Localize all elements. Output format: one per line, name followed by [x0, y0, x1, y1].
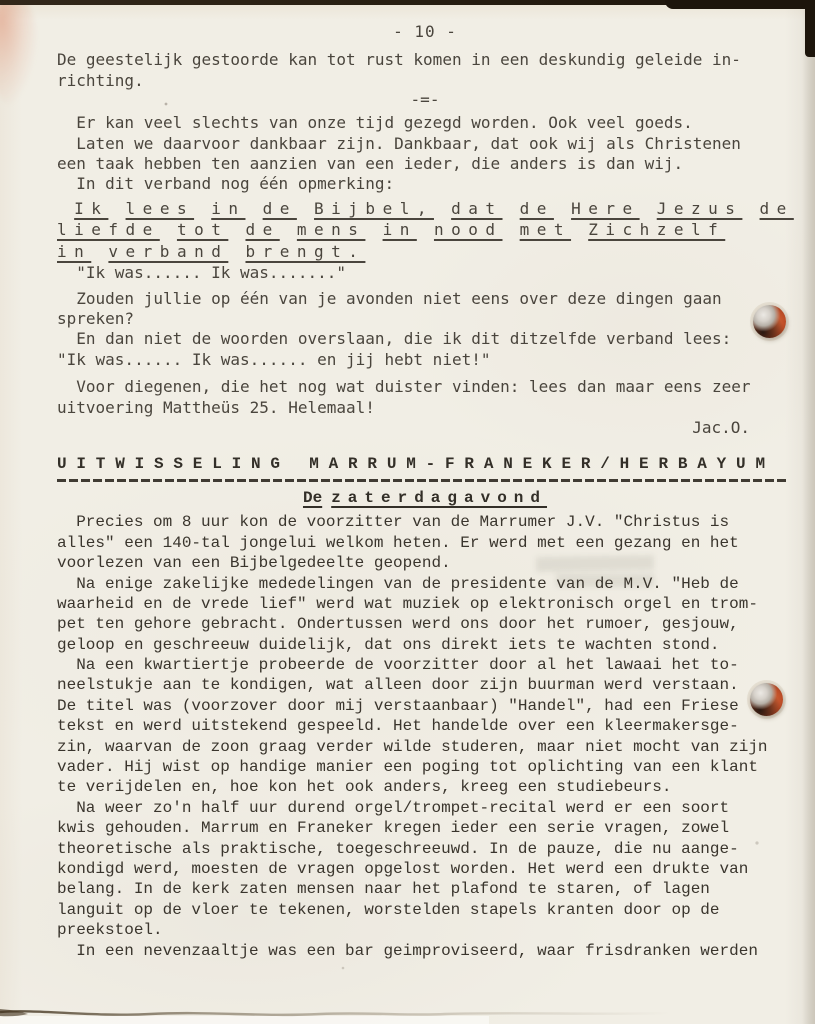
- text-line: voorlezen van een Bijbelgedeelte geopend…: [57, 553, 793, 573]
- paragraph: Precies om 8 uur kon de voorzitter van d…: [57, 512, 793, 961]
- text-line: In een nevenzaaltje was een bar geimprov…: [57, 941, 793, 961]
- text-line: Na enige zakelijke mededelingen van de p…: [57, 574, 793, 594]
- underlined-word: in: [211, 199, 245, 218]
- section-divider: -=-: [57, 91, 793, 109]
- text-line: De titel was (voorzover door mij verstaa…: [57, 696, 793, 716]
- text-line: zin, waarvan de zoon graag verder wilde …: [57, 737, 793, 757]
- paper-speck: [342, 967, 345, 970]
- text-line: kondigd werd, moesten de vragen opgelost…: [57, 859, 793, 879]
- paragraph: "Ik was...... Ik was.......": [57, 263, 793, 283]
- text-line: Voor diegenen, die het nog wat duister v…: [57, 377, 793, 397]
- text-line: Precies om 8 uur kon de voorzitter van d…: [57, 512, 793, 532]
- text-line: Na weer zo'n half uur durend orgel/tromp…: [57, 798, 793, 818]
- text-line: languit op de vloer te tekenen, worsteld…: [57, 900, 793, 920]
- text-line: alles" een 140-tal jongelui welkom heten…: [57, 533, 793, 553]
- text-line: Zouden jullie op één van je avonden niet…: [57, 289, 793, 309]
- underlined-word: Here: [571, 199, 640, 218]
- text-line: "Ik was...... Ik was...... en jij hebt n…: [57, 350, 793, 370]
- underlined-word: nood: [434, 220, 503, 239]
- quote-line: Ik lees in de Bijbel, dat de Here Jezus …: [57, 198, 793, 220]
- crease-line: [0, 1011, 670, 1015]
- text-line: En dan niet de woorden overslaan, die ik…: [57, 329, 793, 349]
- page-number: - 10 -: [57, 22, 793, 42]
- scan-edge-top-right: [665, 0, 815, 9]
- section-heading-block: UITWISSELING MARRUM-FRANEKER/HERBAYUM: [57, 452, 793, 482]
- text-line: waarheid en de vrede lief" werd wat muzi…: [57, 594, 793, 614]
- text-line: pet ten gehore gebracht. Ondertussen wer…: [57, 614, 793, 634]
- quote-line: in verband brengt.: [57, 241, 793, 263]
- underlined-word: Ik: [74, 199, 108, 218]
- underlined-word: in: [57, 242, 91, 261]
- subtitle-word: De: [303, 489, 322, 507]
- text-line: richting.: [57, 71, 793, 91]
- paragraph: Zouden jullie op één van je avonden niet…: [57, 289, 793, 371]
- underlined-word: brengt.: [245, 242, 365, 261]
- text-line: Na een kwartiertje probeerde de voorzitt…: [57, 655, 793, 675]
- text-line: Er kan veel slechts van onze tijd gezegd…: [57, 113, 793, 133]
- text-line: De geestelijk gestoorde kan tot rust kom…: [57, 50, 793, 70]
- text-line: "Ik was...... Ik was.......": [57, 263, 793, 283]
- text-line: tekst en werd uitstekend gespeeld. Het h…: [57, 716, 793, 736]
- section-subtitle: Dezaterdagavond: [57, 486, 793, 510]
- binder-fastener-top: [753, 305, 786, 338]
- paragraph: Er kan veel slechts van onze tijd gezegd…: [57, 113, 793, 195]
- text-line: Laten we daarvoor dankbaar zijn. Dankbaa…: [57, 134, 793, 154]
- dashed-underline: [57, 479, 787, 482]
- text-line: preekstoel.: [57, 920, 793, 940]
- section-title: UITWISSELING MARRUM-FRANEKER/HERBAYUM: [57, 452, 793, 476]
- bible-quote: Ik lees in de Bijbel, dat de Here Jezus …: [57, 198, 793, 263]
- scan-corner-dark: [805, 0, 815, 57]
- underlined-word: met: [520, 220, 571, 239]
- underlined-word: de: [760, 199, 794, 218]
- underlined-word: tot: [177, 220, 228, 239]
- paragraph: De geestelijk gestoorde kan tot rust kom…: [57, 50, 793, 91]
- underlined-word: de: [263, 199, 297, 218]
- crease-highlight: [0, 1016, 489, 1024]
- text-line: spreken?: [57, 309, 793, 329]
- pink-smudge: [0, 0, 38, 107]
- typewritten-content: - 10 - De geestelijk gestoorde kan tot r…: [57, 22, 793, 961]
- text-line: neelstukje aan te kondigen, wat alleen d…: [57, 675, 793, 695]
- text-line: geloop en geschreeuw duidelijk, dat ons …: [57, 635, 793, 655]
- underlined-word: in: [383, 220, 417, 239]
- subtitle-word: zaterdagavond: [331, 489, 547, 507]
- underlined-word: dat: [451, 199, 502, 218]
- text-line: kwis gehouden. Marrum en Franeker kregen…: [57, 818, 793, 838]
- underlined-word: mens: [297, 220, 366, 239]
- paragraph: Voor diegenen, die het nog wat duister v…: [57, 377, 793, 418]
- underlined-word: de: [520, 199, 554, 218]
- page-edge-shadow: [802, 0, 815, 1024]
- underlined-word: Jezus: [657, 199, 743, 218]
- text-line: vader. Hij wist op handige manier een po…: [57, 757, 793, 777]
- author-signature: Jac.O.: [57, 418, 793, 438]
- text-line: theoretische als praktische, toegeschree…: [57, 839, 793, 859]
- underlined-word: verband: [108, 242, 228, 261]
- text-line: een taak hebben ten aanzien van een iede…: [57, 154, 793, 174]
- text-line: te verijdelen en, hoe kon het ook anders…: [57, 777, 793, 797]
- underlined-word: liefde: [57, 220, 160, 239]
- binder-fastener-bottom: [750, 683, 783, 716]
- underlined-word: lees: [126, 199, 195, 218]
- scanned-page: - 10 - De geestelijk gestoorde kan tot r…: [0, 0, 815, 1024]
- quote-line: liefde tot de mens in nood met Zichzelf: [57, 219, 793, 241]
- underlined-word: Zichzelf: [588, 220, 725, 239]
- text-line: belang. In de kerk zaten mensen naar het…: [57, 879, 793, 899]
- underlined-word: Bijbel,: [314, 199, 434, 218]
- underlined-word: de: [245, 220, 279, 239]
- text-line: uitvoering Mattheüs 25. Helemaal!: [57, 398, 793, 418]
- text-line: In dit verband nog één opmerking:: [57, 174, 793, 194]
